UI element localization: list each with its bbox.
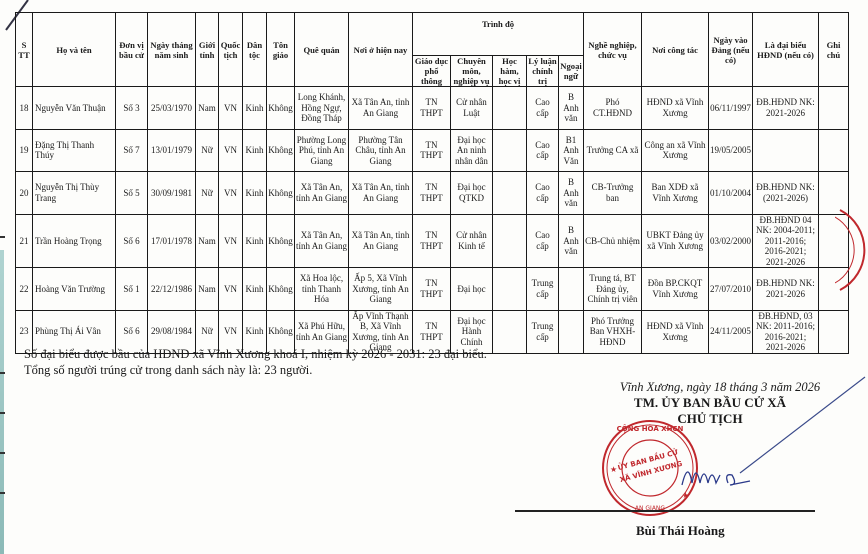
row-edu-academic [493,172,527,215]
row-edu-general: TN THPT [413,268,451,311]
sign-date: Vĩnh Xương, ngày 18 tháng 3 năm 2026 [580,380,860,395]
row-delegate: ĐB.HĐND, 03 NK: 2011-2016; 2016-2021; 20… [753,310,819,353]
handwritten-signature [680,455,760,495]
row-dob: 22/12/1986 [148,268,196,311]
row-edu-political: Cao cấp [527,129,559,172]
row-edu-academic [493,129,527,172]
scan-edge-tick [0,412,5,414]
row-edu-language: B1 Anh Văn [559,129,584,172]
row-edu-professional: Đại học QTKD [451,172,493,215]
header-unit: Đơn vị bầu cử [116,13,148,87]
row-residence: Xã Tân An, tỉnh An Giang [349,172,413,215]
row-edu-academic [493,214,527,268]
row-edu-general: TN THPT [413,129,451,172]
row-nationality: VN [219,87,243,130]
row-party-date: 27/07/2010 [709,268,753,311]
row-delegate: ĐB.HĐND NK: 2021-2026 [753,87,819,130]
row-hometown: Long Khánh, Hồng Ngự, Đồng Tháp [295,87,349,130]
signer-name: Bùi Thái Hoàng [636,523,725,539]
header-religion: Tôn giáo [267,13,295,87]
header-ethnicity: Dân tộc [243,13,267,87]
sign-organization: TM. ỦY BAN BẦU CỬ XÃ [560,395,860,411]
row-hometown: Phường Long Phú, tỉnh An Giang [295,129,349,172]
table-row: 22Hoàng Văn TrườngSố 122/12/1986NamVNKin… [16,268,849,311]
row-edu-political: Cao cấp [527,87,559,130]
scan-edge-tick [0,492,5,494]
row-hometown: Xã Hoa lộc, tỉnh Thanh Hóa [295,268,349,311]
row-stt: 21 [16,214,33,268]
row-stt: 20 [16,172,33,215]
row-workplace: UBKT Đảng ủy xã Vĩnh Xương [642,214,709,268]
row-workplace: Ban XDĐ xã Vĩnh Xương [642,172,709,215]
row-edu-academic [493,310,527,353]
row-party-date: 01/10/2004 [709,172,753,215]
row-edu-general: TN THPT [413,87,451,130]
header-edu-general: Giáo dục phổ thông [413,56,451,87]
header-nationality: Quốc tịch [219,13,243,87]
row-edu-language: B Anh văn [559,87,584,130]
row-workplace: Đồn BP.CKQT Vĩnh Xương [642,268,709,311]
row-ethnicity: Kinh [243,214,267,268]
table-body: 18Nguyễn Văn ThuậnSố 325/03/1970NamVNKin… [16,87,849,354]
row-name: Đặng Thị Thanh Thúy [33,129,116,172]
row-notes [819,310,849,353]
row-occupation: Trưởng CA xã [584,129,642,172]
summary-line-elected: Tổng số người trúng cử trong danh sách n… [24,362,487,378]
row-dob: 25/03/1970 [148,87,196,130]
row-unit: Số 6 [116,214,148,268]
row-delegate [753,129,819,172]
row-edu-professional: Cử nhân Luật [451,87,493,130]
scan-edge-tick [0,452,5,454]
row-occupation: Phó CT.HĐND [584,87,642,130]
row-nationality: VN [219,214,243,268]
row-nationality: VN [219,129,243,172]
row-notes [819,129,849,172]
header-notes: Ghi chú [819,13,849,87]
header-edu-language: Ngoại ngữ [559,56,584,87]
row-religion: Không [267,268,295,311]
row-workplace: HĐND xã Vĩnh Xương [642,87,709,130]
row-residence: Ấp 5, Xã Vĩnh Xương, tỉnh An Giang [349,268,413,311]
row-party-date: 24/11/2005 [709,310,753,353]
row-edu-academic [493,87,527,130]
row-occupation: CB-Trưởng ban [584,172,642,215]
row-hometown: Xã Tân An, tỉnh An Giang [295,172,349,215]
row-occupation: Phó Trưởng Ban VHXH-HĐND [584,310,642,353]
row-unit: Số 1 [116,268,148,311]
row-nationality: VN [219,268,243,311]
table-row: 19Đặng Thị Thanh ThúySố 713/01/1979NữVNK… [16,129,849,172]
header-workplace: Nơi công tác [642,13,709,87]
elected-delegates-table: S TT Họ và tên Đơn vị bầu cử Ngày tháng … [15,12,849,354]
header-edu-academic: Học hàm, học vị [493,56,527,87]
row-gender: Nữ [196,129,219,172]
page-seal-partial-icon [835,205,868,295]
row-gender: Nam [196,268,219,311]
row-nationality: VN [219,172,243,215]
header-hometown: Quê quán [295,13,349,87]
row-gender: Nam [196,214,219,268]
row-delegate: ĐB.HĐND 04 NK: 2004-2011; 2011-2016; 201… [753,214,819,268]
summary-block: Số đại biểu được bầu của HĐND xã Vĩnh Xư… [24,346,487,378]
row-edu-political: Cao cấp [527,172,559,215]
header-stt: S TT [16,13,33,87]
row-delegate: ĐB.HĐND NK: 2021-2026 [753,268,819,311]
row-edu-academic [493,268,527,311]
svg-text:★: ★ [610,465,617,474]
scan-line [515,510,815,512]
row-hometown: Xã Tân An, tỉnh An Giang [295,214,349,268]
row-unit: Số 7 [116,129,148,172]
row-ethnicity: Kinh [243,268,267,311]
row-workplace: HĐND xã Vĩnh Xương [642,310,709,353]
scan-edge-tick [0,236,5,238]
row-edu-professional: Cử nhân Kinh tế [451,214,493,268]
row-edu-general: TN THPT [413,172,451,215]
row-religion: Không [267,172,295,215]
row-religion: Không [267,214,295,268]
row-edu-general: TN THPT [413,214,451,268]
row-gender: Nam [196,87,219,130]
row-name: Trần Hoàng Trọng [33,214,116,268]
header-dob: Ngày tháng năm sinh [148,13,196,87]
header-edu-political: Lý luận chính trị [527,56,559,87]
header-occupation: Nghề nghiệp, chức vụ [584,13,642,87]
scan-edge-strip [0,250,4,554]
row-delegate: ĐB.HĐND NK: (2021-2026) [753,172,819,215]
header-name: Họ và tên [33,13,116,87]
row-name: Hoàng Văn Trường [33,268,116,311]
table-row: 18Nguyễn Văn ThuậnSố 325/03/1970NamVNKin… [16,87,849,130]
row-edu-language [559,310,584,353]
row-religion: Không [267,87,295,130]
row-party-date: 03/02/2000 [709,214,753,268]
row-occupation: CB-Chủ nhiệm [584,214,642,268]
row-dob: 17/01/1978 [148,214,196,268]
row-name: Nguyễn Văn Thuận [33,87,116,130]
row-dob: 30/09/1981 [148,172,196,215]
summary-line-delegates: Số đại biểu được bầu của HĐND xã Vĩnh Xư… [24,346,487,362]
row-party-date: 19/05/2005 [709,129,753,172]
row-name: Nguyễn Thị Thùy Trang [33,172,116,215]
header-education-group: Trình độ [413,13,584,56]
header-gender: Giới tính [196,13,219,87]
row-ethnicity: Kinh [243,172,267,215]
row-edu-professional: Đại học An ninh nhân dân [451,129,493,172]
row-gender: Nữ [196,172,219,215]
header-edu-professional: Chuyên môn, nghiệp vụ [451,56,493,87]
header-residence: Nơi ở hiện nay [349,13,413,87]
row-workplace: Công an xã Vĩnh Xương [642,129,709,172]
row-edu-language: B Anh văn [559,172,584,215]
scan-edge-tick [0,372,5,374]
row-stt: 18 [16,87,33,130]
row-party-date: 06/11/1997 [709,87,753,130]
row-edu-professional: Đại học [451,268,493,311]
row-residence: Xã Tân An, tỉnh An Giang [349,87,413,130]
row-edu-language [559,268,584,311]
row-dob: 13/01/1979 [148,129,196,172]
row-edu-political: Cao cấp [527,214,559,268]
svg-text:CỘNG HÒA XHCN: CỘNG HÒA XHCN [617,424,684,433]
row-edu-political: Trung cấp [527,310,559,353]
row-stt: 19 [16,129,33,172]
header-party-date: Ngày vào Đảng (nếu có) [709,13,753,87]
row-religion: Không [267,129,295,172]
table-row: 20Nguyễn Thị Thùy TrangSố 530/09/1981NữV… [16,172,849,215]
table-row: 21Trần Hoàng TrọngSố 617/01/1978NamVNKin… [16,214,849,268]
row-unit: Số 5 [116,172,148,215]
row-ethnicity: Kinh [243,129,267,172]
row-stt: 22 [16,268,33,311]
row-residence: Phường Tân Châu, tỉnh An Giang [349,129,413,172]
row-unit: Số 3 [116,87,148,130]
row-occupation: Trung tá, BT Đảng ủy, Chính trị viên [584,268,642,311]
row-edu-political: Trung cấp [527,268,559,311]
row-residence: Xã Tân An, tỉnh An Giang [349,214,413,268]
header-delegate: Là đại biểu HĐND (nếu có) [753,13,819,87]
row-edu-language: B Anh văn [559,214,584,268]
row-ethnicity: Kinh [243,87,267,130]
row-notes [819,87,849,130]
